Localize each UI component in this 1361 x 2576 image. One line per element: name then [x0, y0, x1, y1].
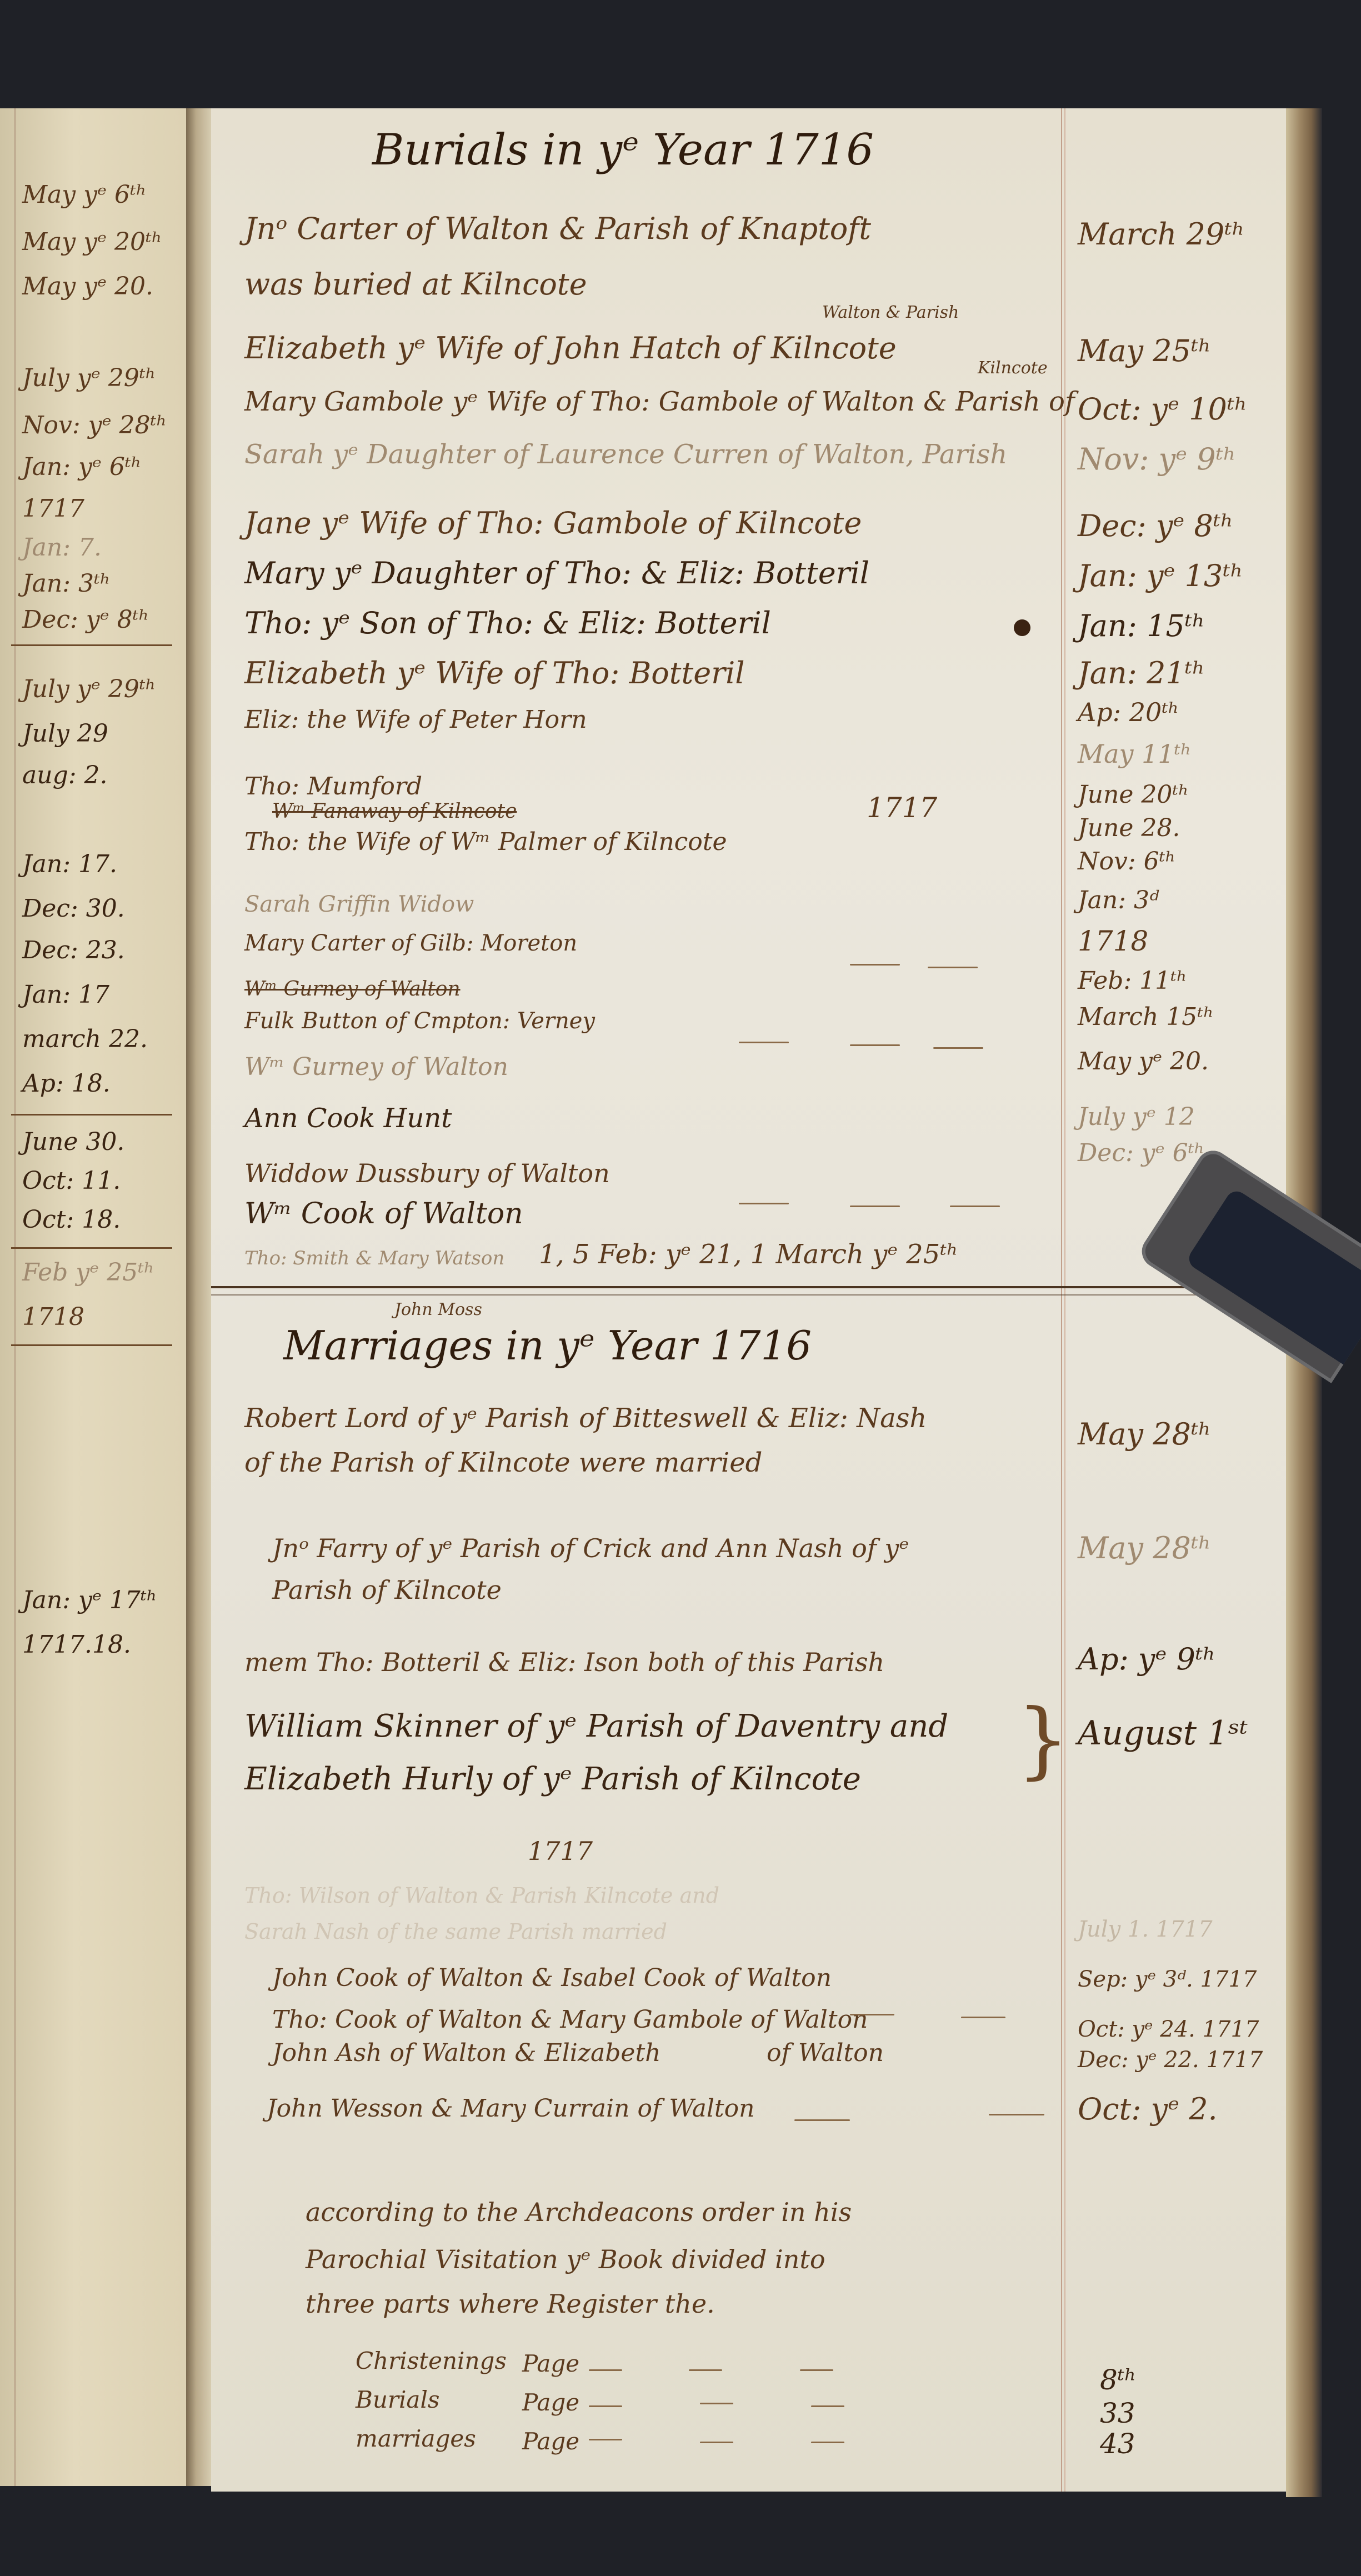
left-date: Dec: 23.: [22, 936, 125, 964]
filler-dash: [933, 1047, 983, 1049]
burial-date: Jan: 3ᵈ: [1078, 886, 1159, 914]
left-date: July yᵉ 29ᵗʰ: [22, 364, 156, 392]
burial-entry: Jane yᵉ Wife of Tho: Gambole of Kilncote: [244, 506, 862, 541]
left-date: Jan: 3ᵗʰ: [22, 569, 111, 598]
left-date: Jan: 17.: [22, 850, 117, 878]
marriage-date: Ap: yᵉ 9ᵗʰ: [1078, 1642, 1216, 1677]
left-date: 1717.18.: [22, 1630, 131, 1659]
left-date: July 29: [22, 719, 108, 748]
left-rule: [11, 1344, 172, 1346]
index-page-number: 43: [1100, 2428, 1135, 2460]
marriage-date: Sep: yᵉ 3ᵈ. 1717: [1078, 1967, 1257, 1992]
filler-dash: [589, 2439, 622, 2440]
marriage-entry: William Skinner of yᵉ Parish of Daventry…: [244, 1708, 948, 1744]
bracket: }: [1017, 1692, 1069, 1788]
filler-dash: [794, 2119, 850, 2121]
burial-entry: Eliz: the Wife of Peter Horn: [244, 706, 587, 734]
burial-date: Feb: 11ᵗʰ: [1078, 967, 1187, 995]
index-page-number: 8ᵗʰ: [1100, 2364, 1137, 2396]
marriage-date: Dec: yᵉ 22. 1717: [1078, 2047, 1263, 2073]
burial-date: Jan: 21ᵗʰ: [1078, 656, 1205, 691]
filler-dash: [700, 2442, 733, 2443]
marriage-entry: Parish of Kilncote: [272, 1575, 502, 1605]
marriage-date: Oct: yᵉ 24. 1717: [1078, 2017, 1259, 2042]
index-page-word: Page: [522, 2389, 579, 2416]
filler-dash: [811, 2405, 844, 2407]
burial-date: May 25ᵗʰ: [1078, 333, 1212, 368]
filler-dash: [850, 2014, 894, 2015]
filler-dash: [928, 967, 978, 968]
archdeacon-note-line: Parochial Visitation yᵉ Book divided int…: [306, 2244, 825, 2274]
marriages-heading: Marriages in yᵉ Year 1716: [283, 1322, 812, 1369]
date-column-rule: [1061, 108, 1065, 2492]
section-divider: [211, 1286, 1286, 1288]
filler-dash: [589, 2369, 622, 2371]
burial-date: June 28.: [1078, 814, 1180, 842]
filler-dash: [739, 1042, 789, 1043]
burial-entry: Tho: the Wife of Wᵐ Palmer of Kilncote: [244, 828, 727, 856]
left-date: Dec: 30.: [22, 894, 125, 923]
burial-entry: Sarah Griffin Widow: [244, 892, 474, 917]
burial-date: Nov: 6ᵗʰ: [1078, 847, 1176, 876]
left-facing-page: May yᵉ 6ᵗʰ May yᵉ 20ᵗʰ May yᵉ 20. July y…: [0, 108, 188, 2486]
filler-dash: [850, 1206, 900, 1207]
marriage-entry: John Ash of Walton & Elizabeth: [272, 2039, 661, 2067]
left-date: Jan: yᵉ 17ᵗʰ: [22, 1586, 157, 1614]
left-date: 1718: [22, 1303, 84, 1331]
marriage-date: July 1. 1717: [1078, 1917, 1213, 1942]
marriage-date: May 28ᵗʰ: [1078, 1530, 1212, 1565]
year-note: 1717: [867, 792, 937, 824]
left-date: Dec: yᵉ 8ᵗʰ: [22, 606, 149, 634]
left-rule: [11, 1114, 172, 1116]
burial-note: 1, 5 Feb: yᵉ 21, 1 March yᵉ 25ᵗʰ: [539, 1239, 958, 1270]
burial-entry: Sarah yᵉ Daughter of Laurence Curren of …: [244, 439, 1007, 470]
marriage-entry-tail: of Walton: [767, 2039, 884, 2067]
marriage-date: August 1ˢᵗ: [1078, 1714, 1248, 1753]
burial-date: Dec: yᵉ 6ᵗʰ: [1078, 1139, 1205, 1167]
margin-rule: [14, 108, 16, 2486]
filler-dash: [811, 2442, 844, 2443]
burial-entry-struck: Wᵐ Fanaway of Kilncote: [272, 800, 517, 823]
left-date: May yᵉ 20ᵗʰ: [22, 228, 162, 256]
burial-entry: Jnᵒ Carter of Walton & Parish of Knaptof…: [244, 211, 871, 246]
burial-entry-struck: Wᵐ Gurney of Walton: [244, 978, 461, 1001]
index-page-number: 33: [1100, 2397, 1135, 2429]
burial-entry: Mary Carter of Gilb: Moreton: [244, 931, 577, 956]
left-date: Jan: 17: [22, 981, 109, 1009]
burial-entry: Elizabeth yᵉ Wife of John Hatch of Kilnc…: [244, 331, 897, 366]
burial-date: Jan: 15ᵗʰ: [1078, 608, 1205, 643]
burial-entry: Ann Cook Hunt: [244, 1103, 452, 1134]
left-date: Ap: 18.: [22, 1069, 111, 1098]
marriage-entry: of the Parish of Kilncote were married: [244, 1447, 762, 1478]
burial-entry: Fulk Button of Cmpton: Verney: [244, 1008, 595, 1034]
left-date: Oct: 11.: [22, 1167, 121, 1195]
burial-date: July yᵉ 12: [1078, 1103, 1195, 1131]
burial-date: Ap: 20ᵗʰ: [1078, 697, 1179, 727]
burial-date: Oct: yᵉ 10ᵗʰ: [1078, 392, 1248, 427]
left-date: May yᵉ 6ᵗʰ: [22, 181, 147, 209]
burial-date: Jan: yᵉ 13ᵗʰ: [1078, 558, 1243, 593]
burial-date: March 29ᵗʰ: [1078, 217, 1245, 252]
left-date: march 22.: [22, 1025, 148, 1053]
left-date: Jan: yᵉ 6ᵗʰ: [22, 453, 142, 481]
burial-entry: Tho: Mumford: [244, 772, 422, 801]
index-label: marriages: [356, 2425, 476, 2452]
burial-entry: Mary Gambole yᵉ Wife of Tho: Gambole of …: [244, 386, 1075, 417]
marriage-entry: Elizabeth Hurly of yᵉ Parish of Kilncote: [244, 1761, 861, 1797]
register-page: Burials in yᵉ Year 1716 Jnᵒ Carter of Wa…: [211, 108, 1289, 2492]
left-date: May yᵉ 20.: [22, 272, 153, 301]
marriage-entry: mem Tho: Botteril & Eliz: Ison both of t…: [244, 1647, 884, 1677]
burial-entry: Wᵐ Gurney of Walton: [244, 1053, 508, 1081]
left-date: Oct: 18.: [22, 1206, 121, 1234]
burial-entry: Wᵐ Cook of Walton: [244, 1197, 523, 1231]
interlinear-note: Kilncote: [978, 358, 1048, 378]
marriage-entry: Robert Lord of yᵉ Parish of Bitteswell &…: [244, 1403, 927, 1434]
marriage-date: May 28ᵗʰ: [1078, 1417, 1212, 1452]
burial-entry: was buried at Kilncote: [244, 267, 587, 302]
filler-dash: [700, 2403, 733, 2404]
marriage-entry: Tho: Cook of Walton & Mary Gambole of Wa…: [272, 2005, 868, 2034]
burial-entry: Elizabeth yᵉ Wife of Tho: Botteril: [244, 656, 745, 691]
year-label: 1718: [1078, 925, 1148, 957]
burial-date: June 20ᵗʰ: [1078, 781, 1189, 809]
burials-heading: Burials in yᵉ Year 1716: [372, 125, 874, 175]
filler-dash: [589, 2405, 622, 2407]
interlinear-note: John Moss: [394, 1300, 482, 1319]
marriage-entry: John Cook of Walton & Isabel Cook of Wal…: [272, 1964, 832, 1992]
left-date: aug: 2.: [22, 761, 108, 789]
filler-dash: [961, 2017, 1005, 2018]
ink-blot: [1014, 619, 1030, 636]
burial-date: May 11ᵗʰ: [1078, 739, 1192, 769]
left-date: Nov: yᵉ 28ᵗʰ: [22, 411, 167, 439]
burial-date: March 15ᵗʰ: [1078, 1003, 1214, 1031]
index-label: Burials: [356, 2386, 439, 2413]
section-divider: [211, 1294, 1286, 1295]
archdeacon-note-line: according to the Archdeacons order in hi…: [306, 2197, 852, 2227]
burial-entry: Tho: Smith & Mary Watson: [244, 1247, 504, 1269]
index-page-word: Page: [522, 2428, 579, 2455]
filler-dash: [739, 1203, 789, 1204]
left-date: July yᵉ 29ᵗʰ: [22, 675, 156, 703]
burial-entry: Mary yᵉ Daughter of Tho: & Eliz: Botteri…: [244, 556, 869, 591]
marriage-entry: John Wesson & Mary Currain of Walton: [267, 2094, 754, 2123]
filler-dash: [689, 2369, 722, 2371]
filler-dash: [950, 1206, 1000, 1207]
burial-date: May yᵉ 20.: [1078, 1047, 1209, 1076]
left-date: 1717: [22, 494, 84, 523]
left-date: Jan: 7.: [22, 533, 102, 562]
left-rule: [11, 1247, 172, 1249]
burial-date: Nov: yᵉ 9ᵗʰ: [1078, 442, 1236, 477]
interlinear-note: Walton & Parish: [822, 303, 959, 322]
book-gutter: [186, 108, 211, 2486]
burial-entry: Widdow Dussbury of Walton: [244, 1158, 610, 1188]
marriage-entry: Jnᵒ Farry of yᵉ Parish of Crick and Ann …: [272, 1533, 909, 1563]
left-date: Feb yᵉ 25ᵗʰ: [22, 1258, 154, 1287]
archdeacon-note-line: three parts where Register the.: [306, 2289, 715, 2319]
faded-marriage-entry: Tho: Wilson of Walton & Parish Kilncote …: [244, 1883, 719, 1908]
marriage-date: Oct: yᵉ 2.: [1078, 2092, 1218, 2127]
year-label: 1717: [528, 1836, 593, 1866]
burial-entry: Tho: yᵉ Son of Tho: & Eliz: Botteril: [244, 606, 771, 641]
filler-dash: [850, 1044, 900, 1046]
left-rule: [11, 644, 172, 646]
filler-dash: [989, 2114, 1044, 2115]
filler-dash: [800, 2369, 833, 2371]
index-page-word: Page: [522, 2350, 579, 2377]
index-label: Christenings: [356, 2347, 507, 2374]
burial-date: Dec: yᵉ 8ᵗʰ: [1078, 508, 1233, 543]
filler-dash: [850, 964, 900, 966]
faded-marriage-entry: Sarah Nash of the same Parish married: [244, 1919, 667, 1944]
left-date: June 30.: [22, 1128, 124, 1156]
